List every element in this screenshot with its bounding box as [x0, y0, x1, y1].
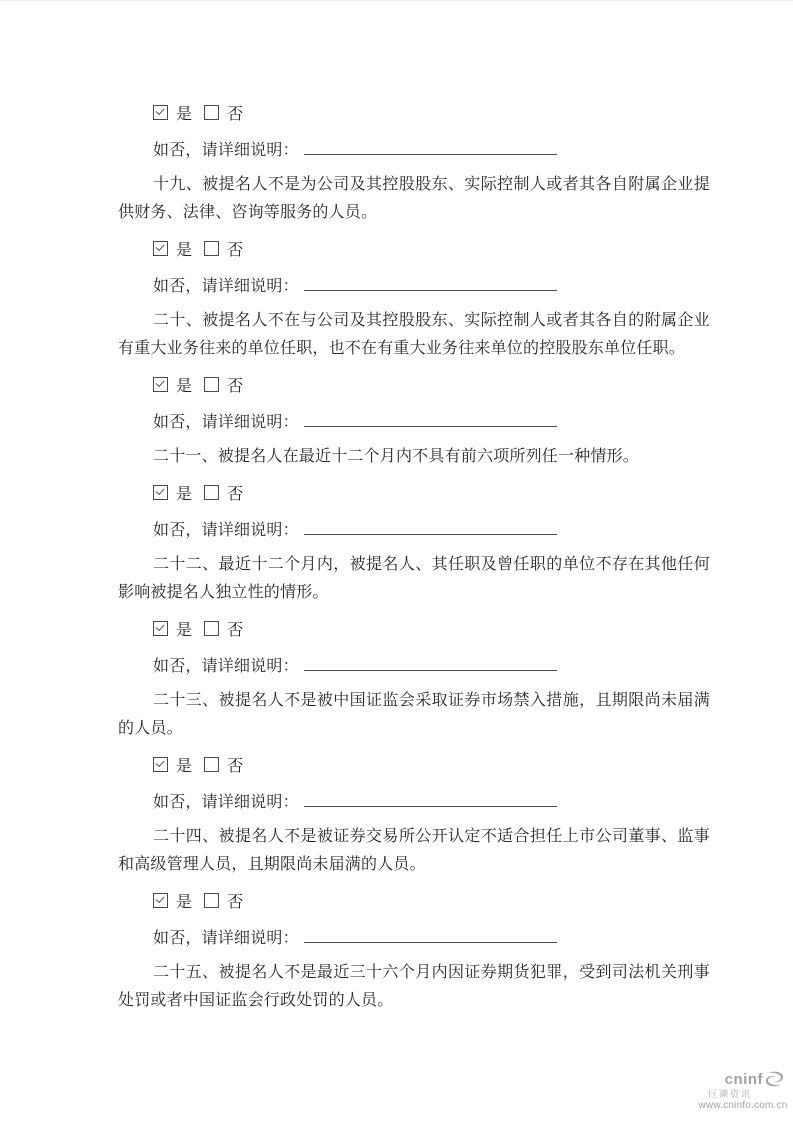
no-checkbox[interactable]	[204, 377, 219, 392]
yes-label: 是	[176, 753, 192, 781]
explain-label: 如否，请详细说明：	[153, 414, 299, 431]
yes-label: 是	[176, 373, 192, 401]
explain-blank-input[interactable]	[304, 655, 557, 671]
explain-row: 如否，请详细说明：	[118, 789, 710, 817]
explain-row: 如否，请详细说明：	[118, 409, 710, 437]
yes-checkbox[interactable]	[153, 377, 168, 392]
explain-row: 如否，请详细说明：	[118, 517, 710, 545]
explain-row: 如否，请详细说明：	[118, 137, 710, 165]
clause-paragraph: 二十一、被提名人在最近十二个月内不具有前六项所列任一种情形。	[118, 443, 710, 471]
clause-paragraph: 十九、被提名人不是为公司及其控股股东、实际控制人或者其各自附属企业提供财务、法律…	[118, 171, 710, 227]
yes-label: 是	[176, 237, 192, 265]
yes-checkbox[interactable]	[153, 485, 168, 500]
clause-paragraph: 二十二、最近十二个月内，被提名人、其任职及曾任职的单位不存在其他任何影响被提名人…	[118, 551, 710, 607]
cninfo-swirl-icon	[764, 1070, 785, 1088]
explain-blank-input[interactable]	[304, 275, 557, 291]
clause-paragraph: 二十五、被提名人不是最近三十六个月内因证券期货犯罪，受到司法机关刑事处罚或者中国…	[118, 959, 710, 1015]
yes-label: 是	[176, 481, 192, 509]
explain-label: 如否，请详细说明：	[153, 794, 299, 811]
cninfo-chinese-name: 巨潮资讯	[695, 1090, 791, 1099]
yes-checkbox[interactable]	[153, 893, 168, 908]
explain-label: 如否，请详细说明：	[153, 278, 299, 295]
cninfo-brand-row: cninf	[695, 1070, 791, 1088]
answer-row: 是否	[118, 237, 710, 265]
cninfo-watermark: cninf 巨潮资讯 www.cninfo.com.cn	[695, 1070, 791, 1111]
explain-label: 如否，请详细说明：	[153, 142, 299, 159]
no-label: 否	[227, 101, 243, 129]
no-label: 否	[227, 481, 243, 509]
explain-label: 如否，请详细说明：	[153, 930, 299, 947]
yes-label: 是	[176, 617, 192, 645]
explain-blank-input[interactable]	[304, 139, 557, 155]
answer-row: 是否	[118, 481, 710, 509]
page-top-edge	[0, 0, 793, 1]
no-label: 否	[227, 617, 243, 645]
explain-label: 如否，请详细说明：	[153, 522, 299, 539]
cninfo-logo-text: cninf	[725, 1072, 763, 1087]
yes-checkbox[interactable]	[153, 105, 168, 120]
explain-row: 如否，请详细说明：	[118, 925, 710, 953]
clause-paragraph: 二十四、被提名人不是被证券交易所公开认定不适合担任上市公司董事、监事和高级管理人…	[118, 823, 710, 879]
cninfo-url: www.cninfo.com.cn	[695, 1101, 791, 1111]
no-checkbox[interactable]	[204, 241, 219, 256]
explain-row: 如否，请详细说明：	[118, 653, 710, 681]
no-label: 否	[227, 373, 243, 401]
explain-blank-input[interactable]	[304, 927, 557, 943]
clause-paragraph: 二十、被提名人不在与公司及其控股股东、实际控制人或者其各自的附属企业有重大业务往…	[118, 307, 710, 363]
answer-row: 是否	[118, 889, 710, 917]
yes-checkbox[interactable]	[153, 757, 168, 772]
answer-row: 是否	[118, 753, 710, 781]
no-checkbox[interactable]	[204, 757, 219, 772]
clause-paragraph: 二十三、被提名人不是被中国证监会采取证券市场禁入措施，且期限尚未届满的人员。	[118, 687, 710, 743]
answer-row: 是否	[118, 373, 710, 401]
answer-row: 是否	[118, 101, 710, 129]
yes-label: 是	[176, 101, 192, 129]
explain-blank-input[interactable]	[304, 411, 557, 427]
explain-blank-input[interactable]	[304, 791, 557, 807]
explain-row: 如否，请详细说明：	[118, 273, 710, 301]
document-body: 是否 如否，请详细说明： 十九、被提名人不是为公司及其控股股东、实际控制人或者其…	[118, 101, 710, 1015]
yes-checkbox[interactable]	[153, 621, 168, 636]
explain-label: 如否，请详细说明：	[153, 658, 299, 675]
explain-blank-input[interactable]	[304, 519, 557, 535]
no-checkbox[interactable]	[204, 621, 219, 636]
answer-row: 是否	[118, 617, 710, 645]
no-label: 否	[227, 889, 243, 917]
no-checkbox[interactable]	[204, 485, 219, 500]
no-label: 否	[227, 753, 243, 781]
yes-checkbox[interactable]	[153, 241, 168, 256]
no-checkbox[interactable]	[204, 105, 219, 120]
yes-label: 是	[176, 889, 192, 917]
no-checkbox[interactable]	[204, 893, 219, 908]
no-label: 否	[227, 237, 243, 265]
